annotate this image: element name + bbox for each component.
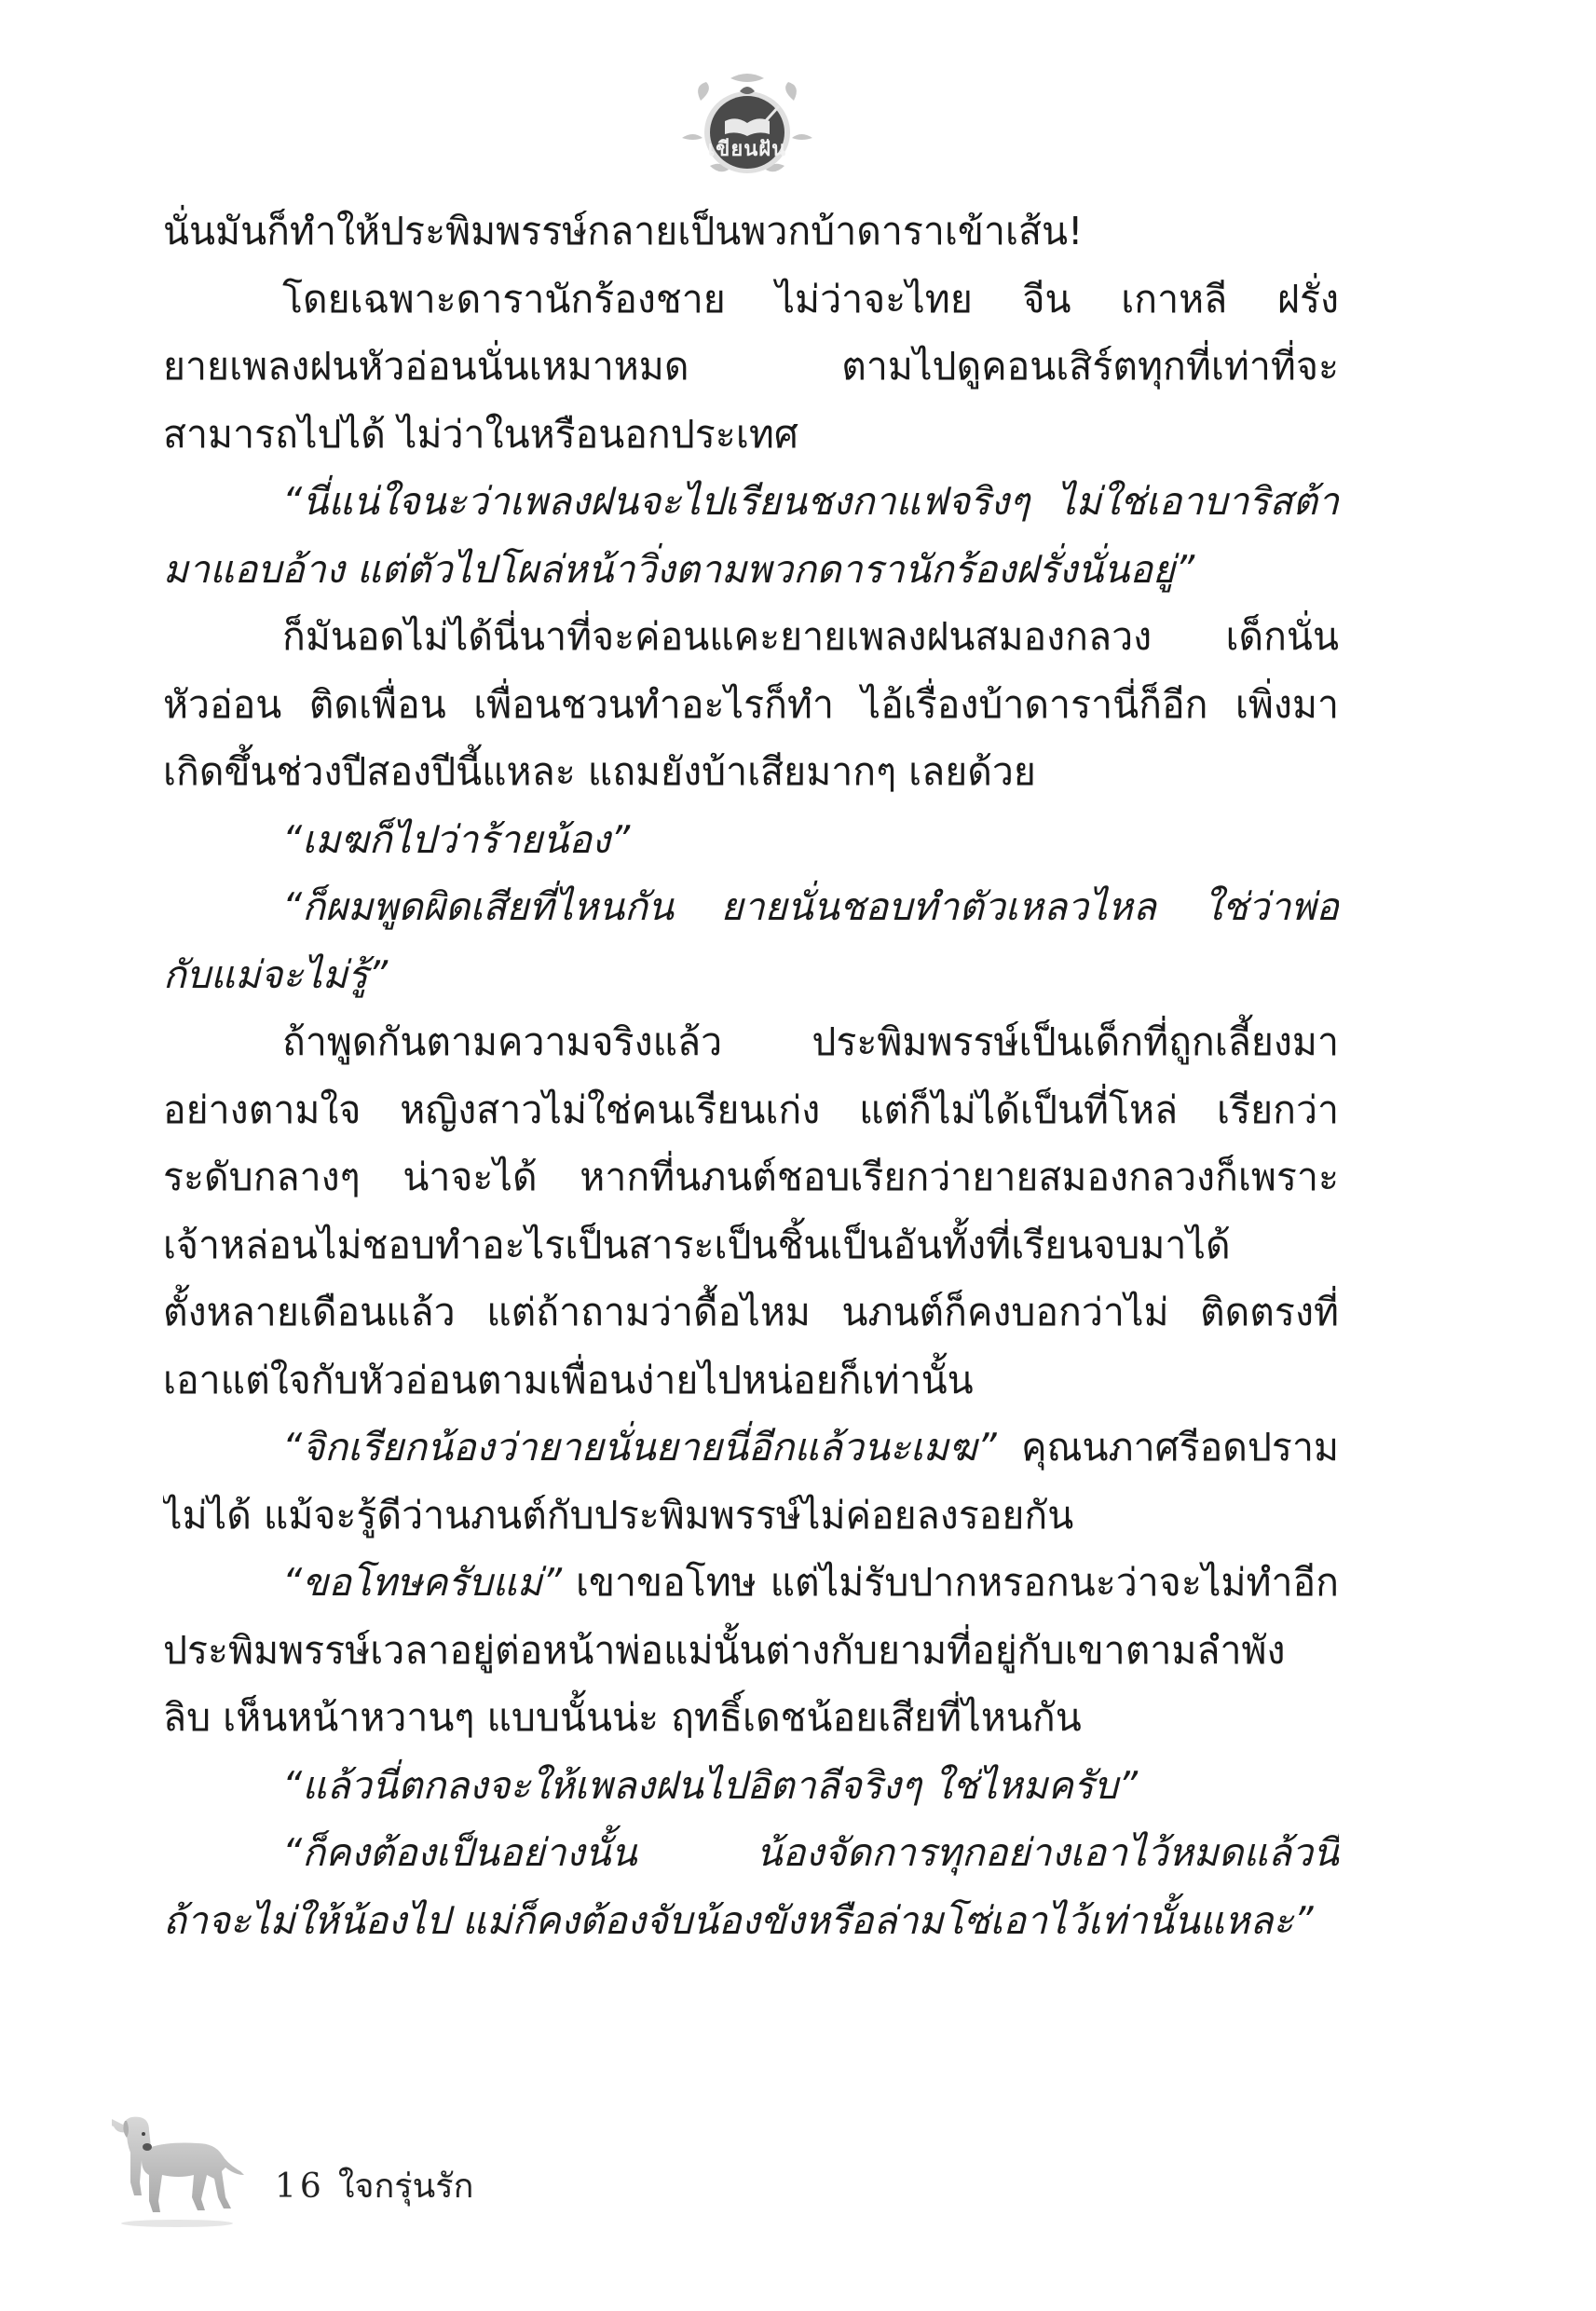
text-line: นั่นมันก็ทำให้ประพิมพรรษ์กลายเป็นพวกบ้าด… — [163, 198, 1339, 266]
text-line: ระดับกลางๆ น่าจะได้ หากที่นภนต์ชอบเรียกว… — [163, 1143, 1339, 1211]
page-footer: 16ใจกรุ่นรัก — [112, 2108, 671, 2266]
page-label: 16ใจกรุ่นรัก — [275, 2159, 473, 2212]
text-line: ยายเพลงฝนหัวอ่อนนั่นเหมาหมด ตามไปดูคอนเส… — [163, 333, 1339, 401]
text-line: มาแอบอ้าง แต่ตัวไปโผล่หน้าวิ่งตามพวกดารา… — [163, 536, 1339, 604]
text-line: “จิกเรียกน้องว่ายายนั่นยายนี่อีกแล้วนะเม… — [163, 1414, 1339, 1482]
text-line: เอาแต่ใจกับหัวอ่อนตามเพื่อนง่ายไปหน่อยก็… — [163, 1347, 1339, 1415]
narration: เขาขอโทษ แต่ไม่รับปากหรอกนะว่าจะไม่ทำอีก — [562, 1560, 1339, 1605]
text-line: “ขอโทษครับแม่” เขาขอโทษ แต่ไม่รับปากหรอก… — [163, 1549, 1339, 1617]
text-line: อย่างตามใจ หญิงสาวไม่ใช่คนเรียนเก่ง แต่ก… — [163, 1076, 1339, 1144]
text-line: ไม่ได้ แม้จะรู้ดีว่านภนต์กับประพิมพรรษ์ไ… — [163, 1482, 1339, 1550]
text-line: กับแม่จะไม่รู้” — [163, 941, 1339, 1009]
text-line: เจ้าหล่อนไม่ชอบทำอะไรเป็นสาระเป็นชิ้นเป็… — [163, 1211, 1339, 1279]
text-line: “ก็คงต้องเป็นอย่างนั้น น้องจัดการทุกอย่า… — [163, 1819, 1339, 1887]
text-line: “นี่แน่ใจนะว่าเพลงฝนจะไปเรียนชงกาแฟจริงๆ… — [163, 468, 1339, 536]
text-line: “เมฆก็ไปว่าร้ายน้อง” — [163, 806, 1339, 874]
chapter-body: นั่นมันก็ทำให้ประพิมพรรษ์กลายเป็นพวกบ้าด… — [163, 198, 1339, 1954]
text-line: “ก็ผมพูดผิดเสียที่ไหนกัน ยายนั่นชอบทำตัว… — [163, 873, 1339, 941]
text-line: ก็มันอดไม่ได้นี่นาที่จะค่อนแคะยายเพลงฝนส… — [163, 603, 1339, 671]
text-line: ประพิมพรรษ์เวลาอยู่ต่อหน้าพ่อแม่นั้นต่าง… — [163, 1617, 1339, 1685]
text-line: ตั้งหลายเดือนแล้ว แต่ถ้าถามว่าดื้อไหม นภ… — [163, 1279, 1339, 1347]
logo-text: เขียนฝัน — [673, 132, 822, 165]
dog-illustration — [112, 2108, 252, 2229]
page-number: 16 — [275, 2167, 325, 2206]
ornamental-emblem-icon — [673, 73, 822, 183]
labrador-dog-icon — [112, 2108, 252, 2229]
narration: คุณนภาศรีอดปราม — [997, 1425, 1339, 1470]
text-line: เกิดขึ้นช่วงปีสองปีนี้แหละ แถมยังบ้าเสีย… — [163, 738, 1339, 806]
dialogue-quote: “จิกเรียกน้องว่ายายนั่นยายนี่อีกแล้วนะเม… — [282, 1425, 997, 1470]
text-line: สามารถไปได้ ไม่ว่าในหรือนอกประเทศ — [163, 401, 1339, 469]
text-line: ลิบ เห็นหน้าหวานๆ แบบนั้นน่ะ ฤทธิ์เดชน้อ… — [163, 1684, 1339, 1752]
text-line: “แล้วนี่ตกลงจะให้เพลงฝนไปอิตาลีจริงๆ ใช่… — [163, 1752, 1339, 1820]
text-line: ถ้าพูดกันตามความจริงแล้ว ประพิมพรรษ์เป็น… — [163, 1008, 1339, 1076]
book-title: ใจกรุ่นรัก — [338, 2167, 474, 2206]
dialogue-quote: “ขอโทษครับแม่” — [282, 1560, 562, 1605]
publisher-logo: เขียนฝัน — [673, 73, 822, 183]
text-line: ถ้าจะไม่ให้น้องไป แม่ก็คงต้องจับน้องขังห… — [163, 1887, 1339, 1955]
text-line: โดยเฉพาะดารานักร้องชาย ไม่ว่าจะไทย จีน เ… — [163, 266, 1339, 334]
text-line: หัวอ่อน ติดเพื่อน เพื่อนชวนทำอะไรก็ทำ ไอ… — [163, 671, 1339, 739]
